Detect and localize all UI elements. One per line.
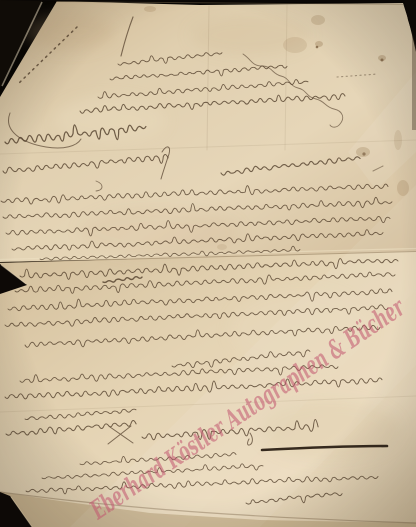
letter-scan-canvas: Eberhard Köstler Autographen & Bücher — [0, 0, 416, 527]
scanned-letter-photo: Eberhard Köstler Autographen & Bücher — [0, 0, 416, 527]
